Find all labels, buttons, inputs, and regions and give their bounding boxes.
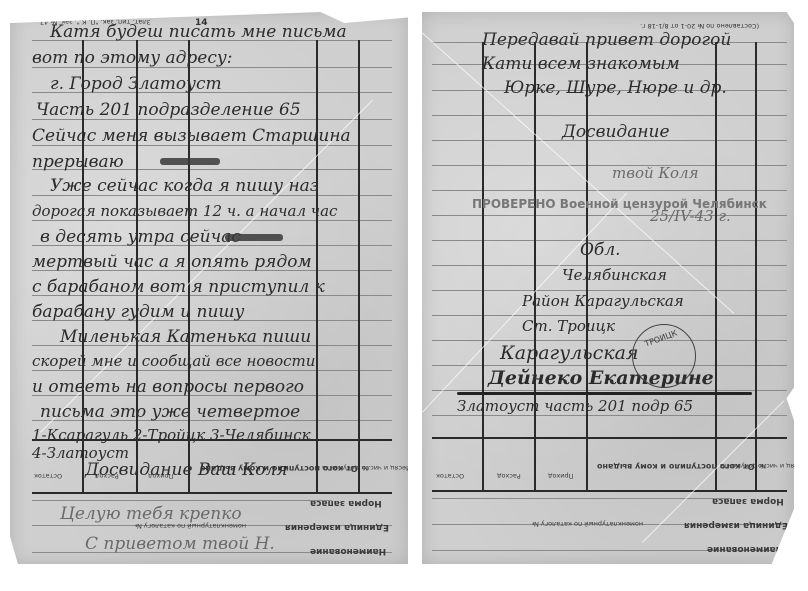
return-address: Златоуст часть 201 подр 65	[457, 397, 693, 415]
right-page: (Составлено по № 20-1 от 8/1-18 г. Перед…	[422, 12, 794, 564]
closing-line: С приветом твой Н.	[85, 534, 275, 554]
letter-line: Передавай привет дорогой	[482, 30, 731, 50]
crossed-out-text	[160, 158, 220, 165]
letter-line: письма это уже четвертое	[40, 402, 300, 422]
address-district: Район Карагульская	[522, 292, 684, 310]
form-divider	[432, 437, 787, 439]
address-underline	[457, 392, 752, 395]
form-column-label: Остаток	[34, 472, 62, 480]
left-page: Злат. тип. зак. "П. К.", зак. № 47 14 Ка…	[10, 12, 408, 564]
form-divider	[32, 492, 392, 494]
column-line	[715, 42, 717, 490]
form-column-label: Месяц и число	[758, 462, 808, 470]
address-village: Карагульская	[500, 342, 638, 364]
column-line	[482, 42, 484, 490]
rule	[432, 190, 787, 191]
closing-line: Целую тебя крепко	[60, 504, 242, 524]
rule	[432, 215, 787, 216]
letter-line: дорогая показывает 12 ч. а начал час	[32, 202, 337, 220]
address-region: Обл.	[580, 240, 621, 260]
letter-line: Уже сейчас когда я пишу наз	[50, 176, 319, 196]
rule	[432, 365, 787, 366]
letter-line: Часть 201 подразделение 65	[36, 100, 301, 120]
letter-line: Кати всем знакомым	[482, 54, 680, 74]
rule	[32, 220, 392, 221]
form-norm-label: Норма запаса	[712, 496, 784, 506]
column-line	[755, 42, 757, 490]
form-nomenclature-label: номенклатурный по каталогу №	[532, 520, 643, 528]
form-column-label: Расход	[497, 472, 521, 480]
form-unit-label: Единица измерения	[684, 520, 788, 530]
letter-line: Катя будеш писать мне письма	[50, 22, 347, 42]
column-line	[358, 40, 360, 492]
rule	[32, 370, 392, 371]
rule	[432, 415, 787, 416]
form-divider	[432, 490, 787, 492]
censor-stamp: ПРОВЕРЕНО Военной цензурой Челябинск	[472, 197, 767, 211]
rule	[32, 500, 332, 501]
form-column-label: Приход	[548, 472, 574, 480]
column-line	[534, 42, 536, 490]
form-column-label: Остаток	[436, 472, 464, 480]
form-unit-label: Единица измерения	[285, 522, 389, 532]
signature: Досвидание Ваш Коля	[85, 460, 288, 480]
form-title-label: Наименование	[310, 546, 386, 556]
letter-line: барабану гудим и пишу	[32, 302, 244, 322]
letter-line: в десять утра сейчас	[40, 227, 241, 247]
rule	[432, 340, 787, 341]
letter-line: г. Город Златоуст	[50, 74, 222, 94]
right-print-header: (Составлено по № 20-1 от 8/1-18 г.	[640, 22, 759, 30]
letter-line: Юрке, Шуре, Нюре и др.	[504, 78, 727, 98]
address-oblast: Челябинская	[562, 266, 667, 284]
rule	[432, 165, 787, 166]
address-station: Ст. Троицк	[522, 317, 615, 335]
form-norm-label: Норма запаса	[310, 498, 382, 508]
letter-line: с барабаном вот я приступил к	[32, 277, 325, 297]
rule	[432, 315, 787, 316]
letter-line: Досвидание	[562, 122, 670, 142]
letter-line: мертвый час а я опять рядом	[32, 252, 312, 272]
letter-line: и ответь на вопросы первого	[32, 377, 304, 397]
letter-line: 1-Ксарагуль 2-Тройцк 3-Челябинск	[32, 426, 311, 444]
form-column-label: Месяц и число	[362, 464, 412, 472]
letter-line: вот по этому адресу:	[32, 48, 232, 68]
letter-line: Миленькая Катенька пиши	[60, 327, 311, 347]
letter-line: Сейчас меня вызывает Старшина	[32, 126, 351, 146]
form-title-label: Наименование	[707, 544, 783, 554]
column-line	[316, 40, 318, 492]
letter-line: твой Коля	[612, 164, 699, 182]
rule	[432, 390, 787, 391]
letter-line: прерываю	[32, 152, 124, 172]
letter-line: скорей мне и сообщай все новости	[32, 352, 315, 370]
crossed-out-text	[225, 234, 283, 241]
rule	[432, 115, 787, 116]
rule	[432, 290, 787, 291]
